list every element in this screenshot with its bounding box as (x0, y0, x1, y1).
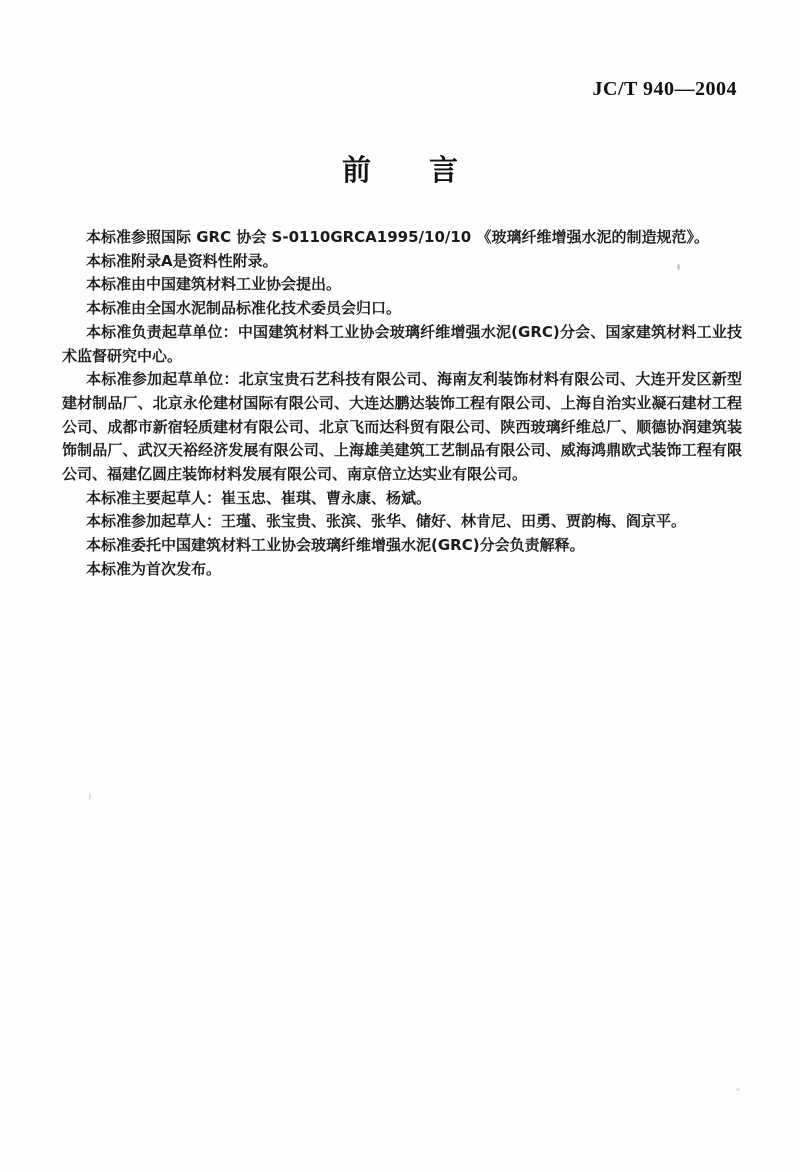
foreword-paragraph: 本标准附录A是资料性附录。 (62, 250, 742, 274)
foreword-paragraph: 本标准参加起草单位：北京宝贵石艺科技有限公司、海南友利装饰材料有限公司、大连开发… (62, 368, 742, 487)
document-page: JC/T 940—2004 前 言 本标准参照国际 GRC 协会 S-0110G… (0, 0, 800, 1172)
scan-speck (89, 793, 91, 800)
foreword-paragraph: 本标准由全国水泥制品标准化技术委员会归口。 (62, 297, 742, 321)
foreword-paragraph: 本标准参加起草人：王瑾、张宝贵、张滨、张华、储好、林肯尼、田勇、贾韵梅、阎京平。 (62, 510, 742, 534)
doc-number: JC/T 940—2004 (593, 78, 737, 101)
foreword-paragraph: 本标准参照国际 GRC 协会 S-0110GRCA1995/10/10 《玻璃纤… (62, 226, 742, 250)
foreword-paragraph: 本标准为首次发布。 (62, 558, 742, 582)
scan-speck (677, 264, 680, 270)
foreword-paragraph: 本标准委托中国建筑材料工业协会玻璃纤维增强水泥(GRC)分会负责解释。 (62, 534, 742, 558)
foreword-paragraph: 本标准由中国建筑材料工业协会提出。 (62, 273, 742, 297)
foreword-title: 前 言 (0, 148, 800, 189)
foreword-paragraph: 本标准主要起草人：崔玉忠、崔琪、曹永康、杨斌。 (62, 487, 742, 511)
foreword-paragraph: 本标准负责起草单位：中国建筑材料工业协会玻璃纤维增强水泥(GRC)分会、国家建筑… (62, 321, 742, 368)
scan-speck (736, 1088, 740, 1091)
foreword-body: 本标准参照国际 GRC 协会 S-0110GRCA1995/10/10 《玻璃纤… (62, 226, 742, 582)
